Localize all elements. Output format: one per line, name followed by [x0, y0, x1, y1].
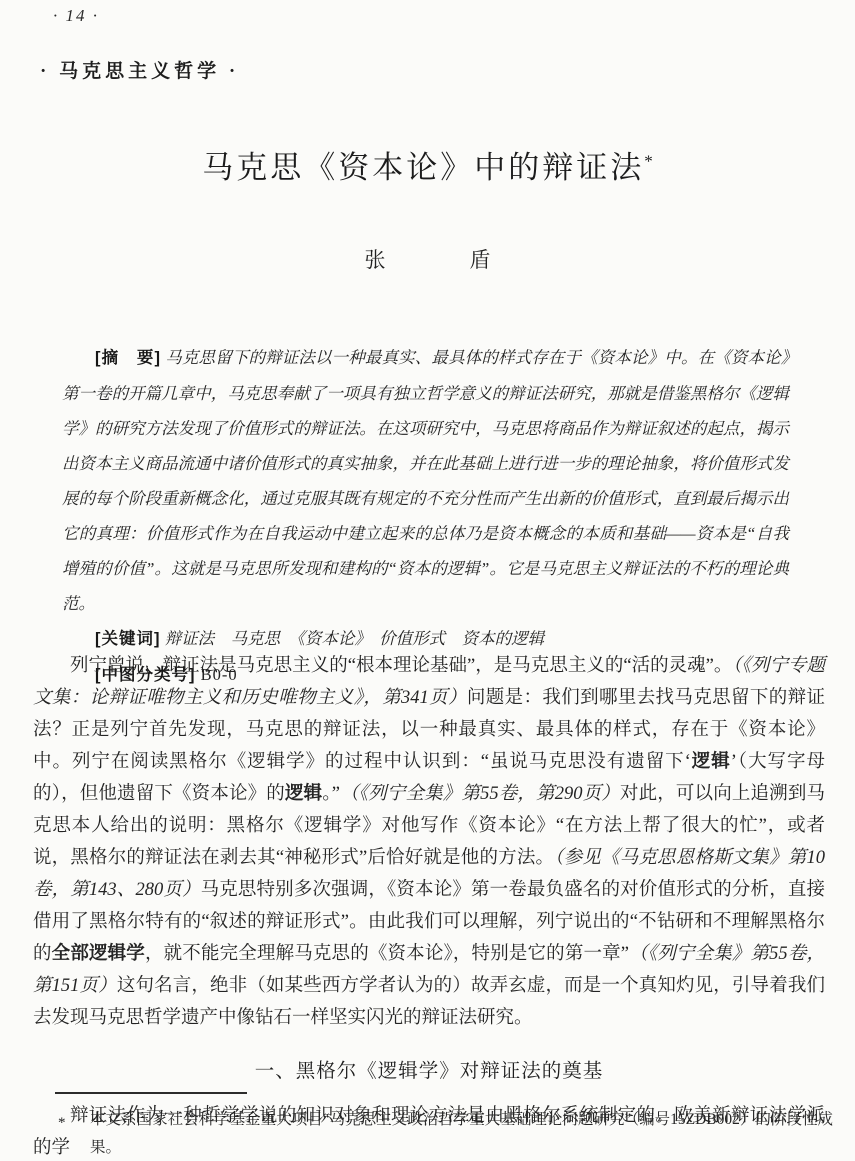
- column-header: · 马克思主义哲学 ·: [40, 56, 239, 83]
- front-matter-section: [摘 要] 马克思留下的辩证法以一种最真实、最具体的样式存在于《资本论》中。在《…: [62, 340, 789, 693]
- article-title-text: 马克思《资本论》中的辩证法: [202, 150, 644, 185]
- abstract-text: 马克思留下的辩证法以一种最真实、最具体的样式存在于《资本论》中。在《资本论》第一…: [62, 348, 789, 613]
- keywords-label: [关键词]: [95, 630, 161, 648]
- footnote-divider: [55, 1092, 247, 1094]
- title-footnote-mark: *: [644, 152, 653, 171]
- keywords-text: 辩证法 马克思 《资本论》 价值形式 资本的逻辑: [161, 629, 545, 648]
- abstract-paragraph: [摘 要] 马克思留下的辩证法以一种最真实、最具体的样式存在于《资本论》中。在《…: [62, 340, 789, 621]
- body-paragraph-1: 列宁曾说，辩证法是马克思主义的“根本理论基础”，是马克思主义的“活的灵魂”。（《…: [33, 650, 825, 1034]
- footnote: * 本文系国家社会科学基金重大项目“马克思主义政治哲学重大基础理论问题研究”（编…: [58, 1106, 833, 1161]
- article-title: 马克思《资本论》中的辩证法*: [0, 142, 855, 187]
- article-author: 张 盾: [0, 244, 855, 274]
- article-body: 列宁曾说，辩证法是马克思主义的“根本理论基础”，是马克思主义的“活的灵魂”。（《…: [33, 650, 825, 1161]
- page-number: · 14 ·: [53, 6, 99, 26]
- section-heading-1: 一、黑格尔《逻辑学》对辩证法的奠基: [33, 1034, 825, 1100]
- abstract-label: [摘 要]: [95, 349, 161, 367]
- footnote-marker: *: [58, 1106, 90, 1161]
- footnote-text: 本文系国家社会科学基金重大项目“马克思主义政治哲学重大基础理论问题研究”（编号1…: [90, 1106, 833, 1161]
